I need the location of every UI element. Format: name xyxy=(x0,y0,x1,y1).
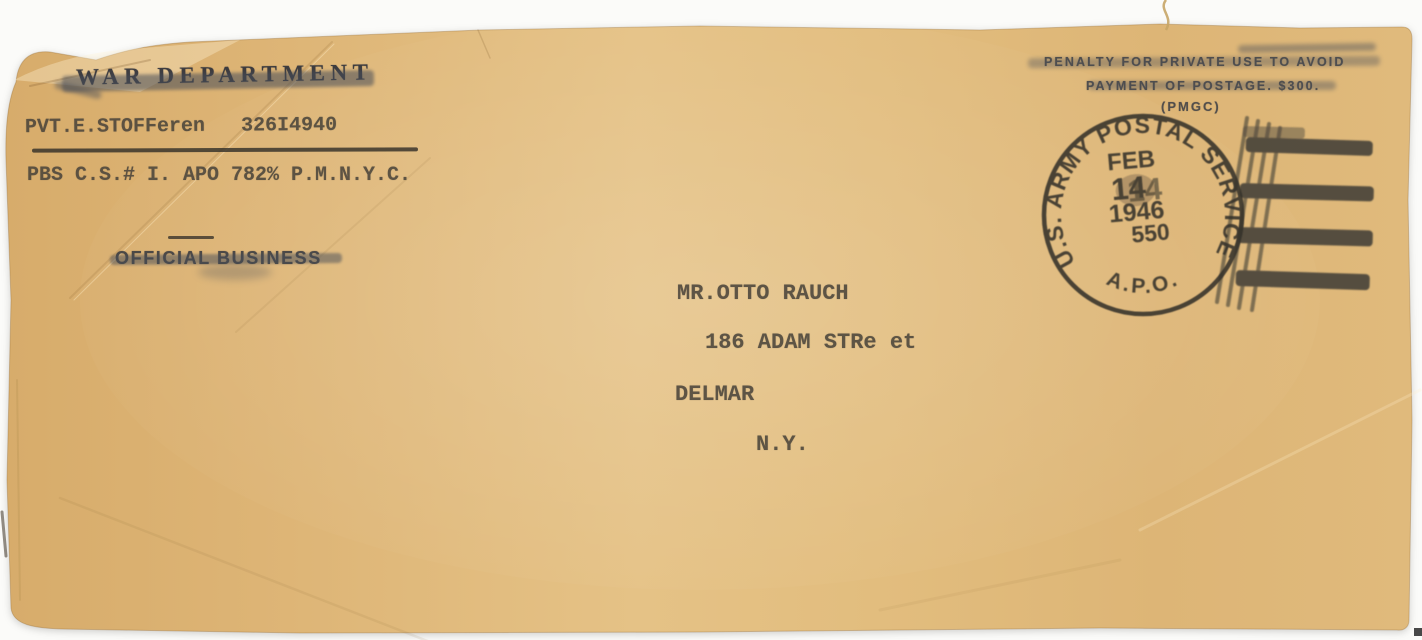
postmark-office-number: 550 xyxy=(1130,218,1170,247)
scan-edge-mark xyxy=(1414,628,1422,636)
postmark-date-block: FEB 14 14 1946 550 xyxy=(1103,145,1170,250)
postmark-ring-bottom-text: A.P.O. xyxy=(1103,267,1183,298)
envelope-scan: WAR DEPARTMENT PVT.E.STOFFeren 326I4940 … xyxy=(0,0,1422,640)
postmark-layer: U.S. ARMY POSTAL SERVICE A.P.O. FEB 14 1… xyxy=(0,0,1422,640)
paper-fiber xyxy=(1164,0,1169,30)
postmark-stamp: U.S. ARMY POSTAL SERVICE A.P.O. FEB 14 1… xyxy=(1040,112,1246,314)
svg-text:A.P.O.: A.P.O. xyxy=(1103,267,1183,298)
